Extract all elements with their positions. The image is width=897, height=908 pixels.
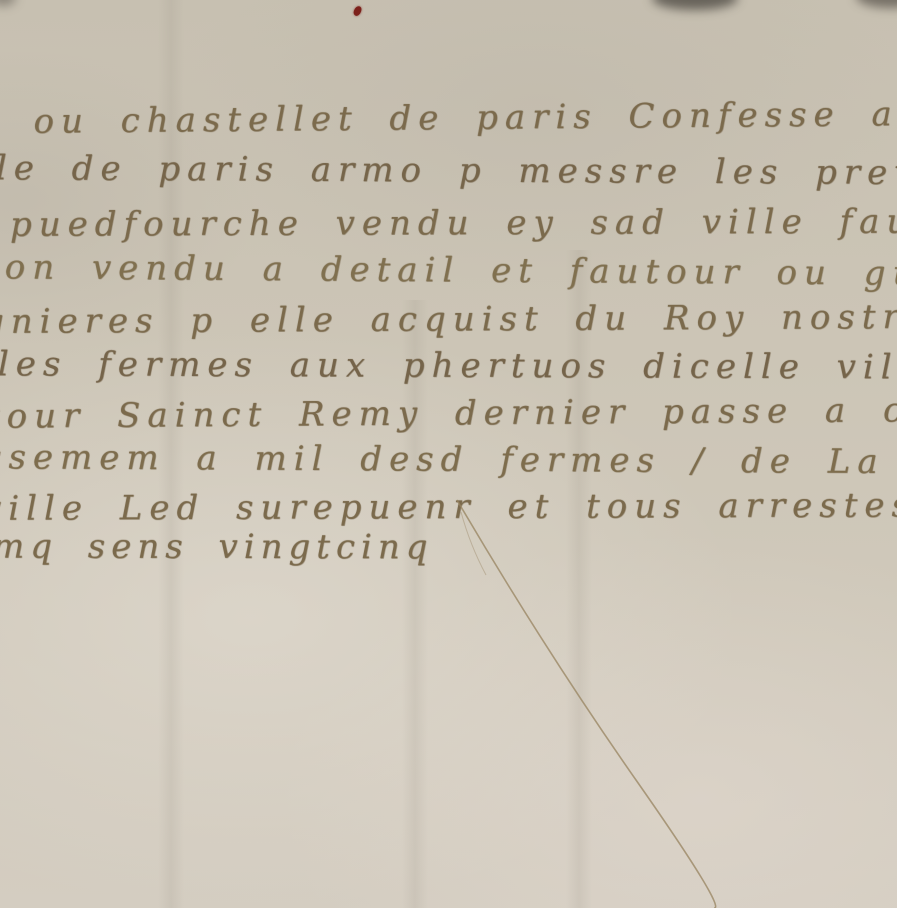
manuscript-line-1: t ou chastellet de paris Confesse avo — [0, 94, 897, 143]
top-edge-smudge — [652, 0, 738, 10]
manuscript-photo: t ou chastellet de paris Confesse avo ll… — [0, 0, 897, 908]
parchment-crease — [158, 0, 184, 908]
manuscript-line-5: gnieres p elle acquist du Roy nostre / E… — [0, 296, 897, 343]
parchment-crease — [402, 300, 428, 908]
red-ink-dot — [353, 5, 363, 17]
manuscript-line-9: ville Led surepuenr et tous arrestes / C — [0, 485, 897, 529]
manuscript-line-4: bon vendu a detail et fautour ou guarhie… — [0, 247, 897, 295]
manuscript-line-7: tour Sainct Remy dernier passe a cause d — [0, 389, 897, 437]
manuscript-line-6: lles fermes aux phertuos dicelle ville f — [0, 344, 897, 388]
parchment-crease — [566, 250, 592, 908]
manuscript-line-10: mq sens vingtcinq — [0, 527, 434, 569]
manuscript-line-3: puedfourche vendu ey sad ville faulxbour — [10, 201, 897, 245]
top-left-edge-smudge — [0, 0, 16, 6]
manuscript-line-8: ssemem a mil desd fermes / de La guer — [0, 437, 897, 483]
manuscript-line-2: lle de paris armo p messre les prevost d — [0, 148, 897, 194]
top-right-edge-smudge — [856, 0, 897, 8]
scratch-line — [0, 0, 897, 908]
